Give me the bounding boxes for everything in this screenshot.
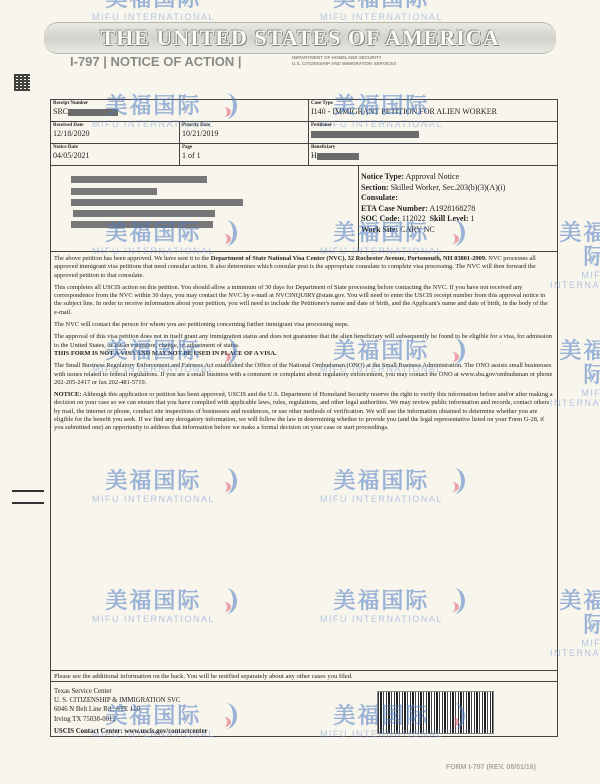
beneficiary-cell: Beneficiary H (309, 144, 557, 166)
redaction (71, 176, 207, 183)
notice-date-value: 04/05/2021 (53, 151, 177, 161)
section-label: Section: (361, 183, 389, 192)
address-line: Irving TX 75038-0012 (54, 715, 207, 724)
barcode-icon (377, 691, 494, 734)
recipient-address-redacted (51, 166, 359, 251)
skill-level-label: Skill Level: (430, 214, 469, 223)
redaction (71, 199, 243, 206)
redaction (71, 188, 157, 195)
received-date-value: 12/18/2020 (53, 129, 177, 139)
watermark-en: MIFU INTERNATIONAL (320, 12, 443, 22)
form-title: I-797 | NOTICE OF ACTION | (70, 54, 241, 69)
footer-note: Please see the additional information on… (51, 670, 557, 682)
paragraph-ombudsman: The Small Business Regulatory Enforcemen… (54, 362, 553, 387)
paragraph-status: The approval of this visa petition does … (54, 333, 553, 358)
paragraph-nvc: The above petition has been approved. We… (54, 255, 553, 280)
nvc-address: Department of State National Visa Center… (211, 255, 487, 262)
redaction (311, 131, 419, 138)
eta-case-label: ETA Case Number: (361, 204, 428, 213)
page-cell: Page 1 of 1 (180, 144, 309, 166)
case-type-cell: Case Type I140 - IMMIGRANT PETITION FOR … (309, 100, 557, 122)
soc-code-label: SOC Code: (361, 214, 400, 223)
page-value: 1 of 1 (182, 151, 306, 161)
margin-mark (12, 490, 44, 492)
paragraph-contact: The NVC will contact the person for whom… (54, 321, 553, 329)
margin-mark (12, 502, 44, 504)
department-label: DEPARTMENT OF HOMELAND SECURITY U.S. CIT… (292, 55, 396, 67)
eta-case-value: A1928168278 (430, 204, 476, 213)
watermark-en: MIFU INTERNATIONAL (92, 12, 215, 22)
text: The approval of this visa petition does … (54, 333, 552, 348)
text: The above petition has been approved. We… (54, 255, 211, 262)
paragraph-completion: This completes all USCIS action on this … (54, 284, 553, 317)
datamatrix-code-icon (14, 74, 30, 91)
priority-date-cell: Priority Date 10/21/2019 (180, 122, 309, 144)
watermark-cn: 美福国际 (92, 0, 215, 12)
redaction (317, 153, 359, 160)
notice-document: Receipt Number SRC Case Type I140 - IMMI… (50, 99, 558, 737)
text: Although this application or petition ha… (54, 391, 553, 431)
watermark: 美福国际MIFU INTERNATIONAL (320, 0, 443, 22)
work-site-label: Work Site: (361, 225, 398, 234)
address-line: U. S. CITIZENSHIP & IMMIGRATION SVC (54, 696, 207, 705)
notice-date-cell: Notice Date 04/05/2021 (51, 144, 180, 166)
received-date-cell: Received Date 12/18/2020 (51, 122, 180, 144)
address-line: 6046 N Belt Line Rd., STE 110 (54, 705, 207, 714)
dept-line-2: U.S. CITIZENSHIP AND IMMIGRATION SERVICE… (292, 61, 396, 67)
receipt-number-value: SRC (53, 107, 68, 116)
notice-details: Notice Type: Approval Notice Section: Sk… (361, 172, 505, 235)
notice-type-label: Notice Type: (361, 172, 404, 181)
address-line: Texas Service Center (54, 687, 207, 696)
case-type-value: I140 - IMMIGRANT PETITION FOR ALIEN WORK… (311, 107, 555, 117)
soc-code-value: 112022 (402, 214, 426, 223)
petitioner-cell: Petitioner (309, 122, 557, 144)
watermark: 美福国际MIFU INTERNATIONAL (92, 0, 215, 22)
contact-center-link[interactable]: www.uscis.gov/contactcenter (124, 728, 207, 735)
service-center-address: Texas Service Center U. S. CITIZENSHIP &… (54, 687, 207, 736)
watermark-cn: 美福国际 (320, 0, 443, 12)
form-revision: FORM I-797 (REV. 08/01/16) (446, 764, 536, 771)
notice-body: The above petition has been approved. We… (51, 251, 557, 437)
section-value: Skilled Worker, Sec.203(b)(3)(A)(i) (391, 183, 506, 192)
banner-title: THE UNITED STATES OF AMERICA (100, 25, 499, 51)
banner: THE UNITED STATES OF AMERICA (44, 22, 556, 54)
not-a-visa-warning: THIS FORM IS NOT A VISA AND MAY NOT BE U… (54, 350, 277, 357)
contact-center-label: USCIS Contact Center: (54, 728, 123, 735)
notice-type-value: Approval Notice (406, 172, 460, 181)
paragraph-notice: NOTICE: Although this application or pet… (54, 391, 553, 432)
receipt-number-cell: Receipt Number SRC (51, 100, 309, 122)
work-site-value: CARY NC (400, 225, 435, 234)
skill-level-value: 1 (470, 214, 474, 223)
priority-date-value: 10/21/2019 (182, 129, 306, 139)
redaction (71, 221, 213, 228)
consulate-label: Consulate: (361, 193, 398, 202)
redaction (68, 109, 118, 116)
notice-label: NOTICE: (54, 391, 81, 398)
redaction (73, 210, 215, 217)
